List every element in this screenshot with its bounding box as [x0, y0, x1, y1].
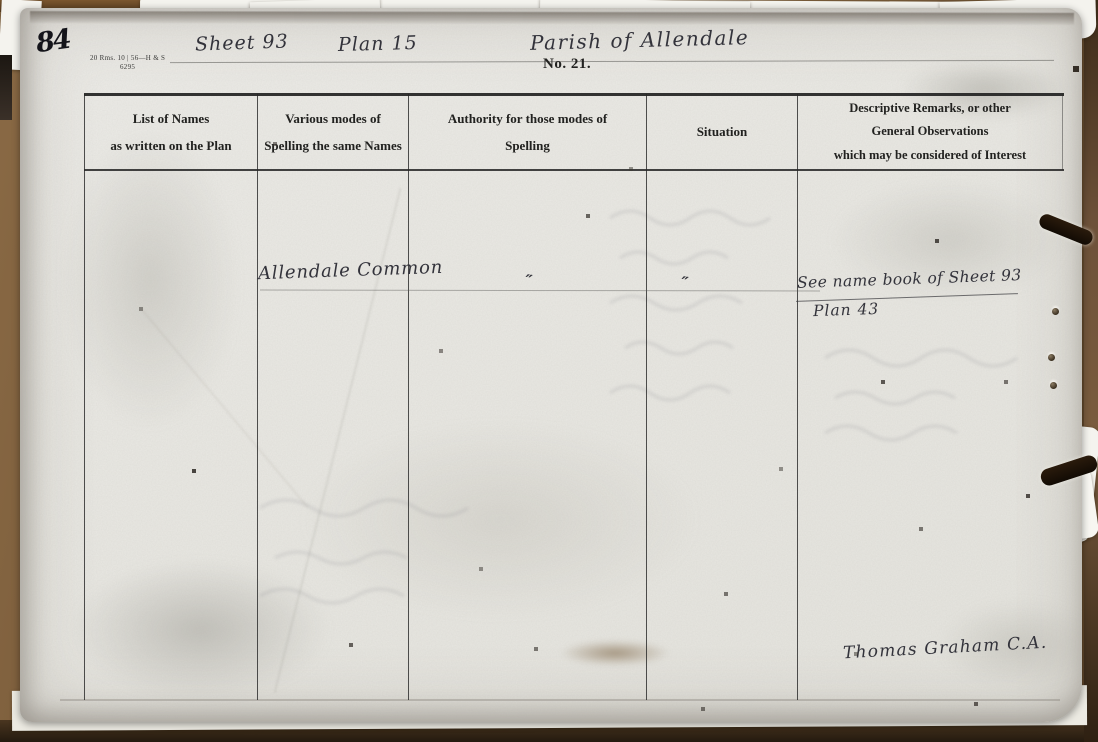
wood-background-right [1084, 0, 1098, 742]
table-border-left [84, 94, 85, 700]
form-print-stamp: 20 Rms. 10 | 56—H & S 6295 [90, 54, 165, 73]
table-border-right [1062, 94, 1063, 170]
plan-number: Plan 15 [338, 32, 418, 56]
col-header-line: Spelling the same Names [264, 132, 402, 159]
column-divider-1 [257, 94, 258, 700]
binding-hole [1048, 354, 1055, 361]
column-header-remarks: Descriptive Remarks, or other General Ob… [798, 94, 1062, 170]
col-header-line: Various modes of [285, 105, 381, 132]
column-divider-2 [408, 94, 409, 700]
col-header-line: as written on the Plan [110, 132, 231, 159]
binding-hole [1050, 382, 1057, 389]
scanned-document-photo: 84 20 Rms. 10 | 56—H & S 6295 Sheet 93 P… [0, 0, 1098, 742]
entry-remarks-line2: Plan 43 [813, 300, 880, 320]
column-header-authority: Authority for those modes of Spelling [409, 94, 646, 170]
column-header-names: List of Names as written on the Plan [85, 94, 257, 170]
column-divider-3 [646, 94, 647, 700]
col-header-line: Spelling [505, 132, 550, 159]
dirt-specks [40, 16, 42, 18]
corner-page-number: 84 [34, 24, 72, 59]
left-edge-shadow [0, 55, 12, 120]
sheet-number: Sheet 93 [195, 30, 289, 55]
col-header-line: Authority for those modes of [448, 105, 607, 132]
form-print-stamp-line1: 20 Rms. 10 | 56—H & S [90, 54, 165, 63]
column-header-situation: Situation [647, 94, 797, 170]
binding-hole [1052, 308, 1059, 315]
name-book-page: 84 20 Rms. 10 | 56—H & S 6295 Sheet 93 P… [20, 8, 1082, 722]
form-number: No. 21. [543, 56, 591, 73]
col-header-line: Descriptive Remarks, or other [849, 97, 1011, 120]
col-header-line: List of Names [133, 105, 210, 132]
col-header-line: Situation [697, 118, 748, 145]
col-header-line: General Observations [871, 120, 988, 143]
column-divider-4 [797, 94, 798, 700]
form-print-stamp-line2: 6295 [90, 63, 165, 72]
col-header-line: which may be considered of Interest [834, 144, 1026, 167]
column-header-spelling-modes: Various modes of Spelling the same Names [258, 94, 408, 170]
